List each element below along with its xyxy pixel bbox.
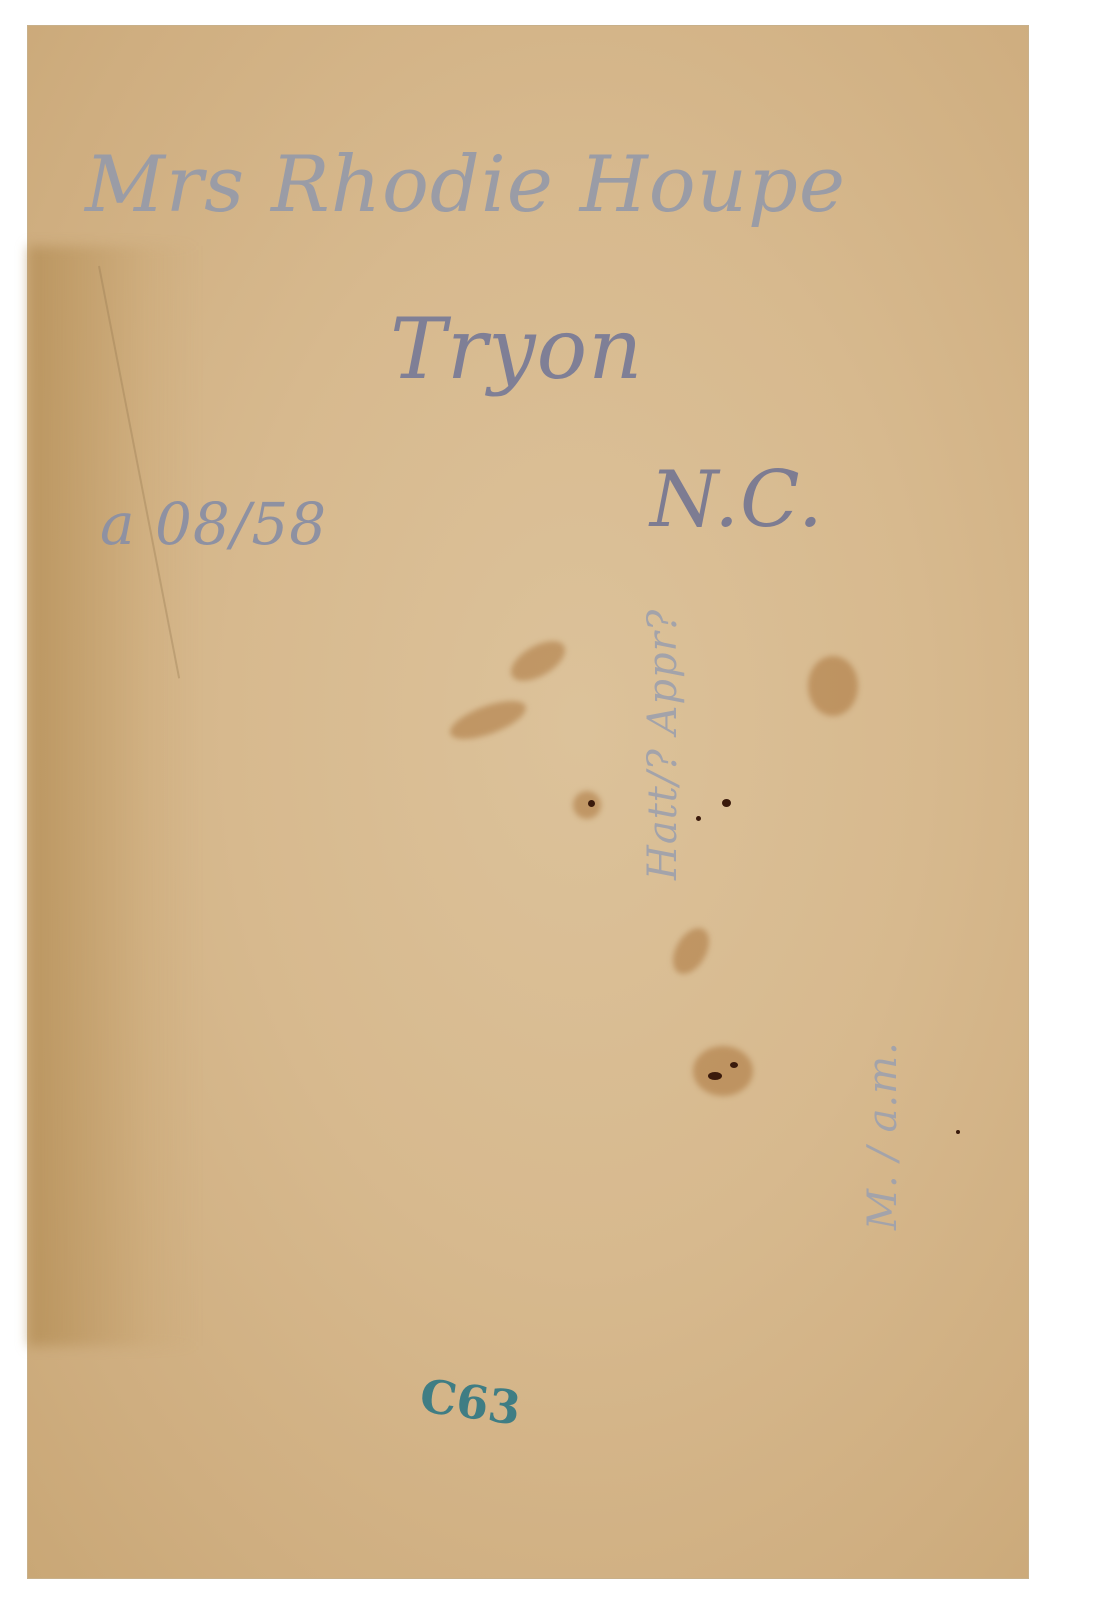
ink-dot xyxy=(722,799,731,807)
foxing-spot xyxy=(573,791,601,819)
ink-dot xyxy=(588,800,595,807)
inscription-vertical-1: Hatt/? Appr? xyxy=(640,609,686,880)
inscription-town: Tryon xyxy=(390,300,643,398)
foxing-spot xyxy=(505,633,572,689)
foxing-spot xyxy=(666,922,717,980)
ink-dot xyxy=(730,1062,738,1068)
inscription-date: a 08/58 xyxy=(100,490,327,558)
foxing-spot xyxy=(446,693,531,747)
inscription-state: N.C. xyxy=(650,455,824,545)
ink-dot xyxy=(956,1130,960,1134)
water-stain xyxy=(28,246,198,1346)
inscription-vertical-2: M. / a.m. xyxy=(860,1041,906,1230)
foxing-spot xyxy=(693,1046,753,1096)
foxing-spot xyxy=(808,656,858,716)
ink-dot xyxy=(708,1072,722,1080)
photo-card-back xyxy=(28,26,1028,1578)
ink-dot xyxy=(696,816,701,821)
inscription-name: Mrs Rhodie Houpe xyxy=(85,140,846,230)
